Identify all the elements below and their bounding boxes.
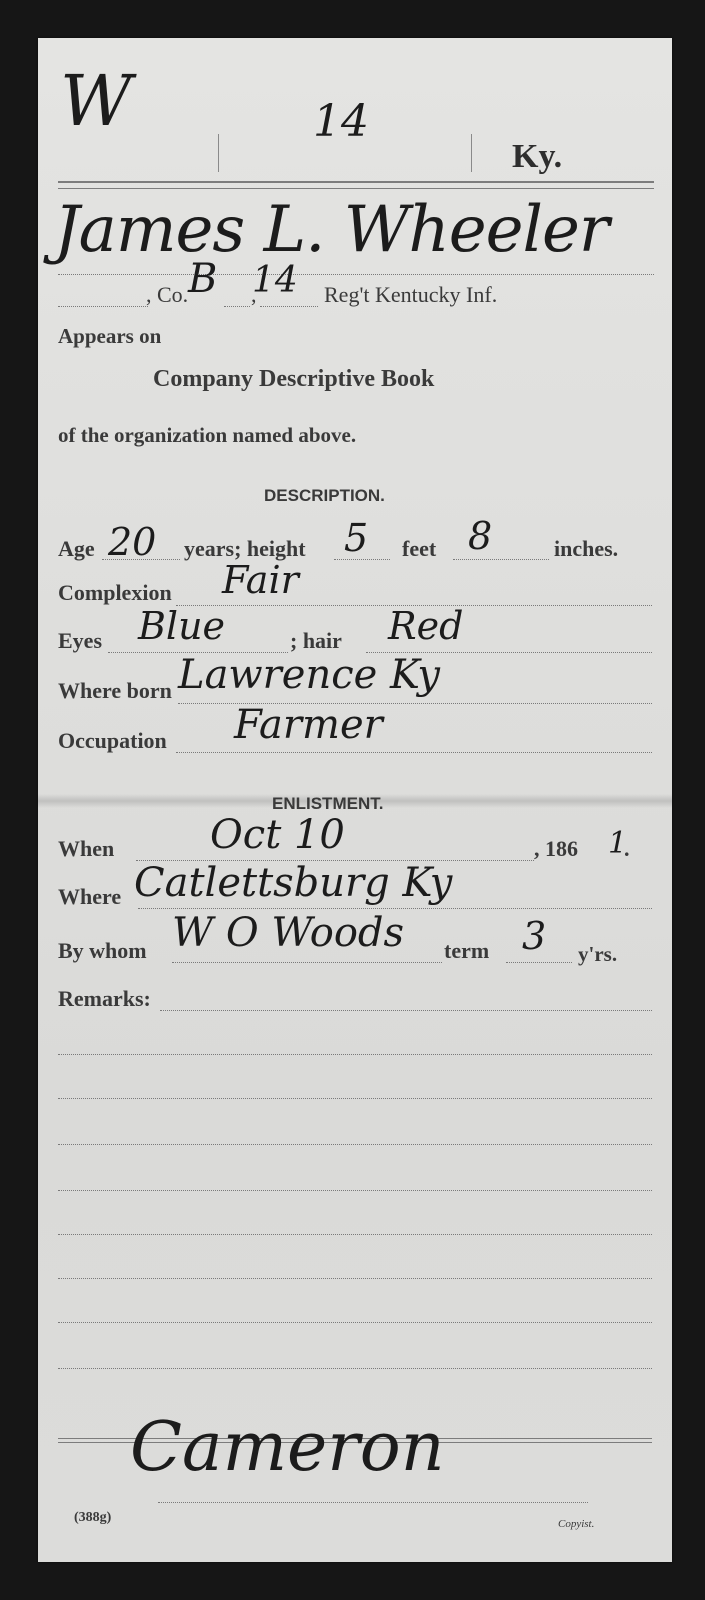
eyes-value: Blue xyxy=(138,604,225,648)
regiment-line xyxy=(260,306,318,307)
age-label: Age xyxy=(58,536,95,562)
complexion-value: Fair xyxy=(222,558,299,602)
remarks-line xyxy=(58,1234,652,1235)
regiment-suffix: Reg't Kentucky Inf. xyxy=(324,282,497,308)
by-whom-line xyxy=(172,962,442,963)
header-rule xyxy=(58,188,654,189)
height-feet-value: 5 xyxy=(344,516,368,560)
complexion-label: Complexion xyxy=(58,580,172,606)
when-value: Oct 10 xyxy=(210,812,345,858)
remarks-line xyxy=(58,1322,652,1323)
occupation-value: Farmer xyxy=(234,702,383,748)
inches-line xyxy=(453,559,549,560)
term-label: term xyxy=(444,938,489,964)
record-book-title: Company Descriptive Book xyxy=(153,366,434,393)
height-inches-value: 8 xyxy=(468,514,492,558)
remarks-line xyxy=(58,1144,652,1145)
state-abbrev: Ky. xyxy=(512,138,562,176)
company-line xyxy=(224,306,250,307)
enlistment-heading: ENLISTMENT. xyxy=(272,794,383,814)
regiment-number: 14 xyxy=(313,100,369,144)
term-line xyxy=(506,962,572,963)
remarks-line xyxy=(58,1054,652,1055)
description-heading: DESCRIPTION. xyxy=(264,486,385,506)
occupation-label: Occupation xyxy=(58,728,167,754)
co-label: , Co. xyxy=(146,282,188,308)
eyes-label: Eyes xyxy=(58,628,102,654)
where-born-value: Lawrence Ky xyxy=(178,652,440,698)
header-divider xyxy=(471,134,472,172)
where-value: Catlettsburg Ky xyxy=(134,860,452,906)
occupation-line xyxy=(176,752,652,753)
remarks-line xyxy=(58,1278,652,1279)
remarks-line xyxy=(58,1190,652,1191)
company-regiment-number: 14 xyxy=(252,260,298,301)
name-line xyxy=(58,274,654,275)
term-value: 3 xyxy=(522,914,546,958)
copyist-label: Copyist. xyxy=(558,1518,594,1530)
hair-value: Red xyxy=(388,604,463,648)
inches-label: inches. xyxy=(554,536,618,562)
of-organization-text: of the organization named above. xyxy=(58,423,356,448)
remarks-line xyxy=(58,1098,652,1099)
surname-initial: W xyxy=(60,66,132,136)
by-whom-value: W O Woods xyxy=(172,910,404,956)
appears-on-label: Appears on xyxy=(58,324,161,349)
by-whom-label: By whom xyxy=(58,938,147,964)
where-line xyxy=(138,908,652,909)
when-label: When xyxy=(58,836,114,862)
years-label: y'rs. xyxy=(578,942,617,967)
rank-blank xyxy=(58,306,148,307)
soldier-name: James L. Wheeler xyxy=(54,198,608,262)
age-value: 20 xyxy=(108,520,156,564)
year-suffix: . xyxy=(624,836,630,862)
hair-label: ; hair xyxy=(290,628,342,654)
feet-label: feet xyxy=(402,536,436,562)
copyist-signature: Cameron xyxy=(130,1414,445,1482)
company-letter: B xyxy=(188,256,217,302)
descriptive-card: W 14 Ky. James L. Wheeler , Co. B , 14 R… xyxy=(38,38,672,1562)
form-number: (388g) xyxy=(74,1510,111,1526)
remarks-label: Remarks: xyxy=(58,986,151,1012)
year-prefix: , 186 xyxy=(534,836,578,862)
where-label: Where xyxy=(58,884,121,910)
remarks-line xyxy=(160,1010,652,1011)
copyist-line xyxy=(158,1502,588,1503)
where-born-label: Where born xyxy=(58,678,172,704)
header-divider xyxy=(218,134,219,172)
remarks-line xyxy=(58,1368,652,1369)
header-rule xyxy=(58,181,654,183)
